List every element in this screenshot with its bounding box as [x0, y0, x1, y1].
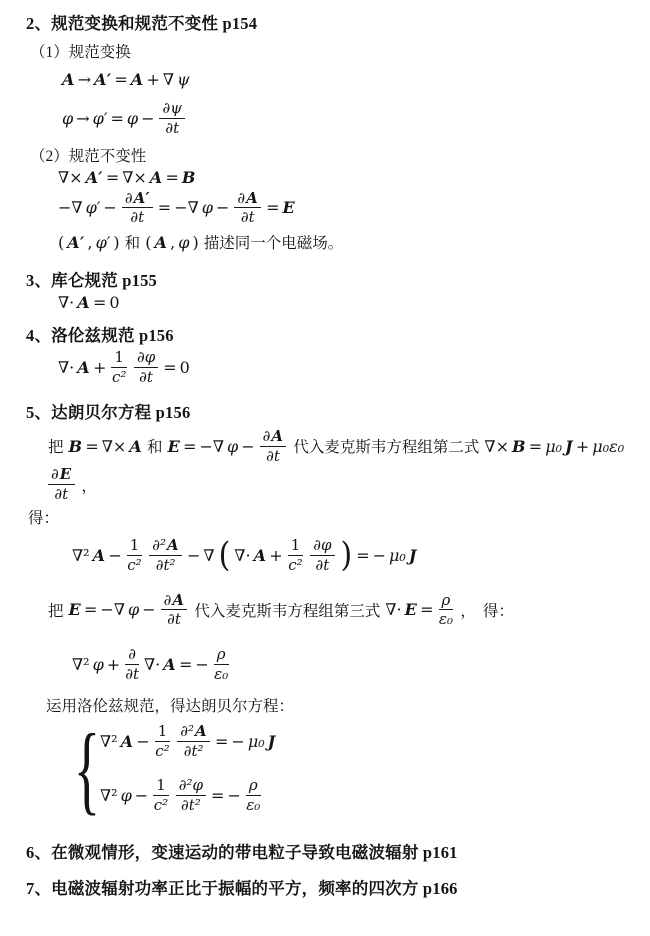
- vector-B: B: [182, 168, 196, 187]
- fraction-dE-dt: ∂E ∂t: [48, 466, 75, 503]
- eq-wave-phi-with-gauge-term: ∇² φ + ∂ ∂t ∇· A = − ρ ε₀: [72, 645, 642, 684]
- statement-same-field: ( A′ , φ′ ) 和 ( A , φ ) 描述同一个电磁场。: [58, 231, 642, 253]
- section-heading-6: 6、在微观情形，变速运动的带电粒子导致电磁波辐射 p161: [26, 839, 642, 863]
- left-brace: {: [80, 726, 94, 811]
- text-apply-lorenz-gauge: 运用洛伦兹规范，得达朗贝尔方程：: [46, 694, 642, 716]
- text-then-2: 得：: [483, 599, 514, 621]
- substitute-into-3rd-text: 代入麦克斯韦方程组第三式: [194, 599, 380, 621]
- fraction-d2A-dt2: ∂²A ∂t²: [149, 537, 182, 574]
- eq-dalembert-phi: ∇² φ − 1 c² ∂²φ ∂t² = − ρ ε₀: [100, 776, 276, 815]
- mu0-eps0: μ₀ε₀: [592, 437, 624, 456]
- list-item-1-label: （1）规范变换: [30, 40, 642, 62]
- fraction-1-c2: 1 c²: [111, 349, 127, 386]
- fraction-d2phi-dt2: ∂²φ ∂t²: [176, 777, 206, 814]
- substitute-into-2nd-text: 代入麦克斯韦方程组第二式: [293, 435, 479, 457]
- vector-A-prime: A′: [94, 70, 111, 89]
- fraction-rho-eps0: ρ ε₀: [439, 592, 454, 629]
- fraction-dAprime-dt: ∂A′ ∂t: [122, 190, 153, 227]
- vector-A: A: [62, 70, 75, 89]
- paragraph-substitute-maxwell-3: 把 E = −∇ φ − ∂A ∂t 代入麦克斯韦方程组第三式 ∇· E = ρ…: [46, 591, 642, 630]
- list-item-2-label: （2）规范不变性: [30, 144, 642, 166]
- eq-E-invariance: −∇ φ′ − ∂A′ ∂t = −∇ φ − ∂A ∂t = E: [58, 189, 642, 228]
- same-field-text: 描述同一个电磁场。: [204, 231, 344, 253]
- fraction-d-dt: ∂ ∂t: [125, 646, 139, 683]
- arrow: →: [78, 70, 91, 89]
- nabla: ∇: [163, 70, 174, 89]
- eq-dalembert-system: { ∇² A − 1 c² ∂²A ∂t² = − μ₀ J ∇²: [74, 722, 642, 815]
- big-right-paren: ): [341, 541, 353, 570]
- mu-zero: μ₀: [545, 437, 562, 456]
- psi: ψ: [177, 70, 190, 89]
- text-then-1: 得：: [28, 506, 642, 528]
- paragraph-substitute-maxwell-2: 把 B = ∇× A 和 E = −∇ φ − ∂A ∂t 代入麦克斯韦方程组第…: [46, 427, 642, 504]
- section-heading-7: 7、电磁波辐射功率正比于振幅的平方，频率的四次方 p166: [26, 875, 642, 899]
- eq-gauge-transform-phi: φ → φ′ = φ − ∂ψ ∂t: [62, 99, 642, 138]
- fraction-dphi-dt: ∂φ ∂t: [134, 349, 158, 386]
- eq-lorenz-gauge: ∇· A + 1 c² ∂φ ∂t = 0: [58, 348, 642, 387]
- big-left-paren: (: [219, 541, 231, 570]
- section-heading-2: 2、规范变换和规范不变性 p154: [26, 10, 642, 34]
- fraction-dpsi-dt: ∂ψ ∂t: [159, 100, 185, 137]
- section-heading-4: 4、洛伦兹规范 p156: [26, 322, 642, 346]
- document-page: 2、规范变换和规范不变性 p154 （1）规范变换 A → A′ = A + ∇…: [0, 0, 650, 936]
- eq-coulomb-gauge: ∇· A = 0: [58, 293, 642, 312]
- eq-wave-A-with-gauge-term: ∇² A − 1 c² ∂²A ∂t² − ∇ ( ∇· A + 1 c² ∂φ…: [72, 536, 642, 575]
- section-heading-3: 3、库仑规范 p155: [26, 267, 642, 291]
- section-heading-5: 5、达朗贝尔方程 p156: [26, 399, 642, 423]
- eq-curl-invariance: ∇× A′ = ∇× A = B: [58, 168, 642, 187]
- vector-E: E: [283, 198, 296, 217]
- vector-J: J: [565, 437, 573, 456]
- eq-gauge-transform-A: A → A′ = A + ∇ ψ: [62, 70, 642, 89]
- fraction-dA-dt: ∂A ∂t: [234, 190, 261, 227]
- eq-dalembert-A: ∇² A − 1 c² ∂²A ∂t² = − μ₀ J: [100, 722, 276, 761]
